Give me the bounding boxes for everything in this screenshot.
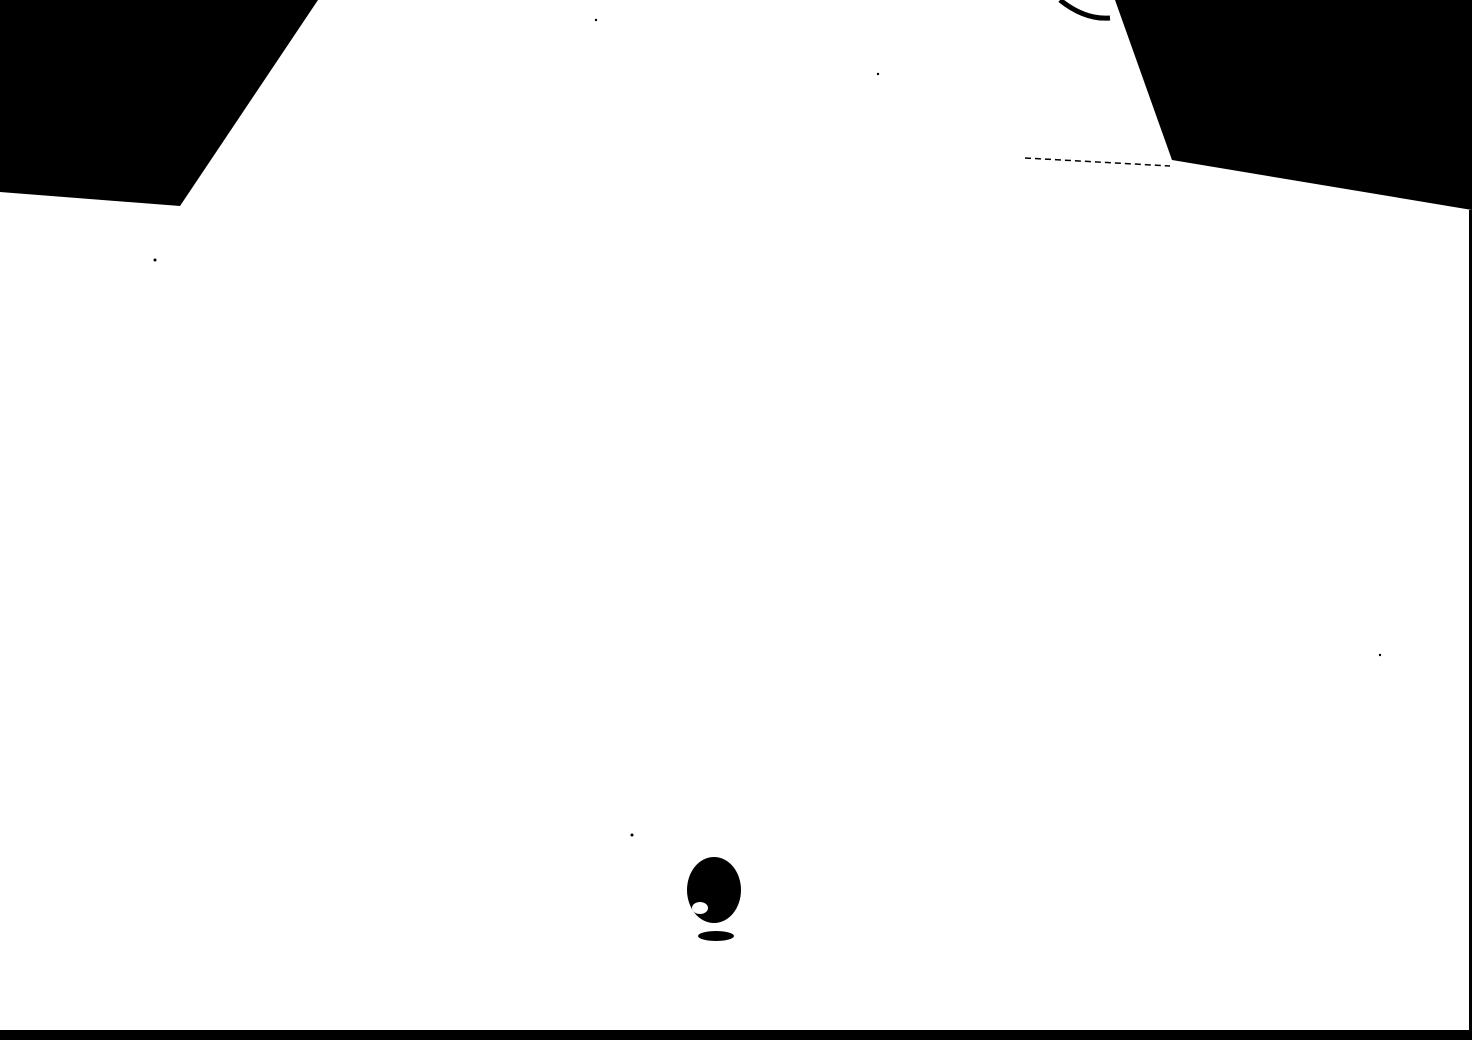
bottom-border: [0, 1030, 1472, 1040]
photo-scene: [0, 0, 1472, 1040]
